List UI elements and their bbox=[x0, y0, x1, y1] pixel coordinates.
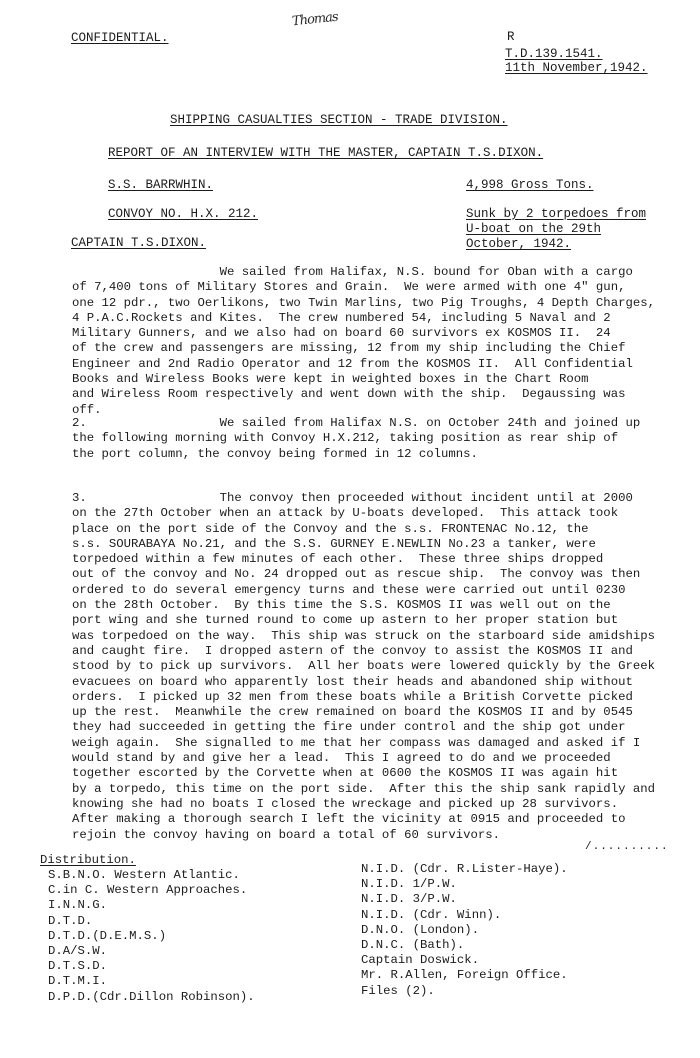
text-line: one 12 pdr., two Oerlikons, two Twin Mar… bbox=[72, 296, 672, 311]
text-line: D.A/S.W. bbox=[48, 944, 255, 959]
text-line: S.B.N.O. Western Atlantic. bbox=[48, 868, 255, 883]
text-line: they had succeeded in getting the fire u… bbox=[72, 720, 672, 735]
text-line: on the 28th October. By this time the S.… bbox=[72, 598, 672, 613]
text-line: and caught fire. I dropped astern of the… bbox=[72, 644, 672, 659]
text-line: stood by to pick up survivors. All her b… bbox=[72, 659, 672, 674]
ship-name: S.S. BARRWHIN. bbox=[108, 178, 213, 193]
gross-tonnage: 4,998 Gross Tons. bbox=[466, 178, 594, 193]
speaker-heading: CAPTAIN T.S.DIXON. bbox=[71, 236, 206, 251]
text-line: on the 27th October when an attack by U-… bbox=[72, 506, 672, 521]
text-line: place on the port side of the Convoy and… bbox=[72, 522, 672, 537]
sinking-details: Sunk by 2 torpedoes from U-boat on the 2… bbox=[466, 207, 646, 252]
text-line: together escorted by the Corvette when a… bbox=[72, 766, 672, 781]
text-line: weigh again. She signalled to me that he… bbox=[72, 736, 672, 751]
text-line: by a torpedo, this time on the port side… bbox=[72, 782, 672, 797]
text-line: rejoin the convoy having on board a tota… bbox=[72, 828, 672, 843]
text-line: N.I.D. 1/P.W. bbox=[361, 877, 568, 892]
paragraph-2: 2. We sailed from Halifax N.S. on Octobe… bbox=[72, 416, 672, 462]
paragraph-1: We sailed from Halifax, N.S. bound for O… bbox=[72, 265, 672, 418]
distribution-list-right: N.I.D. (Cdr. R.Lister-Haye).N.I.D. 1/P.W… bbox=[361, 862, 568, 999]
sinking-line: U-boat on the 29th bbox=[466, 222, 646, 237]
text-line: Books and Wireless Books were kept in we… bbox=[72, 372, 672, 387]
text-line: would stand by and give her a lead. This… bbox=[72, 751, 672, 766]
text-line: 2. We sailed from Halifax N.S. on Octobe… bbox=[72, 416, 672, 431]
text-line: the port column, the convoy being formed… bbox=[72, 447, 672, 462]
reference-number: T.D.139.1541. bbox=[505, 47, 603, 62]
text-line: I.N.N.G. bbox=[48, 898, 255, 913]
document-date: 11th November,1942. bbox=[505, 61, 648, 76]
text-line: of the crew and passengers are missing, … bbox=[72, 341, 672, 356]
sinking-line: October, 1942. bbox=[466, 237, 646, 252]
text-line: s.s. SOURABAYA No.21, and the S.S. GURNE… bbox=[72, 537, 672, 552]
text-line: orders. I picked up 32 men from these bo… bbox=[72, 690, 672, 705]
text-line: torpedoed within a few minutes of each o… bbox=[72, 552, 672, 567]
classification-label: CONFIDENTIAL. bbox=[71, 31, 169, 46]
text-line: N.I.D. (Cdr. R.Lister-Haye). bbox=[361, 862, 568, 877]
report-title: REPORT OF AN INTERVIEW WITH THE MASTER, … bbox=[108, 146, 543, 161]
text-line: out of the convoy and No. 24 dropped out… bbox=[72, 567, 672, 582]
text-line: Military Gunners, and we also had on boa… bbox=[72, 326, 672, 341]
distribution-heading: Distribution. bbox=[40, 853, 136, 868]
routing-mark: R bbox=[507, 30, 515, 45]
section-title: SHIPPING CASUALTIES SECTION - TRADE DIVI… bbox=[170, 113, 508, 128]
text-line: port wing and she turned round to come u… bbox=[72, 613, 672, 628]
text-line: was torpedoed on the way. This ship was … bbox=[72, 629, 672, 644]
text-line: knowing she had no boats I closed the wr… bbox=[72, 797, 672, 812]
text-line: D.T.D.(D.E.M.S.) bbox=[48, 929, 255, 944]
text-line: the following morning with Convoy H.X.21… bbox=[72, 431, 672, 446]
text-line: D.P.D.(Cdr.Dillon Robinson). bbox=[48, 990, 255, 1005]
text-line: N.I.D. (Cdr. Winn). bbox=[361, 908, 568, 923]
text-line: N.I.D. 3/P.W. bbox=[361, 892, 568, 907]
text-line: Files (2). bbox=[361, 984, 568, 999]
distribution-list-left: S.B.N.O. Western Atlantic.C.in C. Wester… bbox=[48, 868, 255, 1005]
paragraph-3: 3. The convoy then proceeded without inc… bbox=[72, 491, 672, 843]
sinking-line: Sunk by 2 torpedoes from bbox=[466, 207, 646, 222]
text-line: D.T.S.D. bbox=[48, 959, 255, 974]
text-line: 3. The convoy then proceeded without inc… bbox=[72, 491, 672, 506]
text-line: Mr. R.Allen, Foreign Office. bbox=[361, 968, 568, 983]
text-line: D.N.O. (London). bbox=[361, 923, 568, 938]
text-line: D.T.M.I. bbox=[48, 974, 255, 989]
continuation-marker: /.......... bbox=[585, 840, 669, 855]
text-line: Engineer and 2nd Radio Operator and 12 f… bbox=[72, 357, 672, 372]
text-line: ordered to do several emergency turns an… bbox=[72, 583, 672, 598]
convoy-number: CONVOY NO. H.X. 212. bbox=[108, 207, 258, 222]
text-line: We sailed from Halifax, N.S. bound for O… bbox=[72, 265, 672, 280]
text-line: of 7,400 tons of Military Stores and Gra… bbox=[72, 280, 672, 295]
text-line: and Wireless Room respectively and went … bbox=[72, 387, 672, 402]
text-line: After making a thorough search I left th… bbox=[72, 812, 672, 827]
text-line: 4 P.A.C.Rockets and Kites. The crew numb… bbox=[72, 311, 672, 326]
text-line: C.in C. Western Approaches. bbox=[48, 883, 255, 898]
text-line: D.T.D. bbox=[48, 914, 255, 929]
text-line: up the rest. Meanwhile the crew remained… bbox=[72, 705, 672, 720]
text-line: D.N.C. (Bath). bbox=[361, 938, 568, 953]
text-line: Captain Doswick. bbox=[361, 953, 568, 968]
text-line: evacuees on board who apparently lost th… bbox=[72, 675, 672, 690]
handwritten-signature: Thomas bbox=[291, 10, 338, 30]
